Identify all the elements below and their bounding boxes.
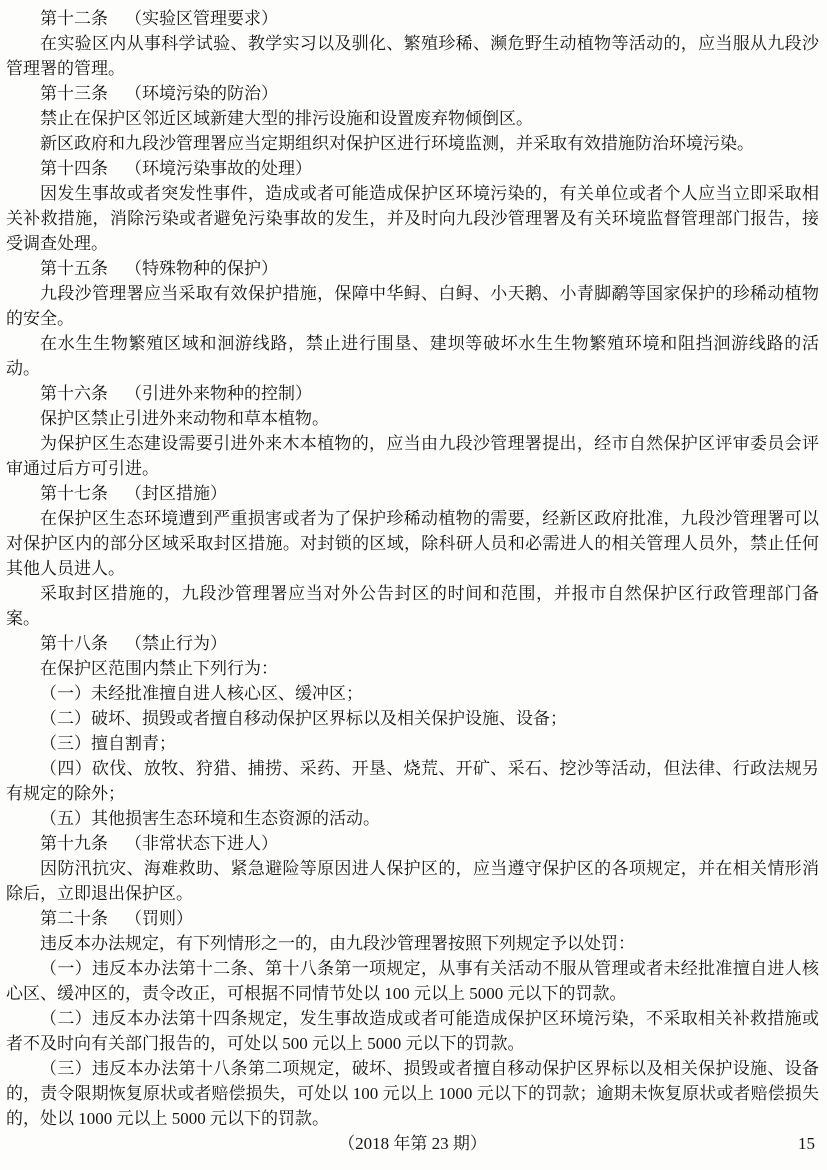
article-number: 第二十条 [40,909,108,928]
paragraph: 为保护区生态建设需要引进外来木本植物的，应当由九段沙管理署提出，经市自然保护区评… [6,431,819,481]
paragraph: （二）违反本办法第十四条规定，发生事故造成或者可能造成保护区环境污染，不采取相关… [6,1006,819,1056]
paragraph: （一）违反本办法第十二条、第十八条第一项规定，从事有关活动不服从管理或者未经批准… [6,956,819,1006]
article-number: 第十七条 [40,484,108,503]
paragraph: 九段沙管理署应当采取有效保护措施，保障中华鲟、白鲟、小天鹅、小青脚鹬等国家保护的… [6,281,819,331]
article-heading: 第二十条（罚则） [6,906,819,931]
article-title: （环境污染的防治） [125,84,278,103]
article-title: （非常状态下进人） [125,834,278,853]
article-number: 第十六条 [40,384,108,403]
paragraph: （四）砍伐、放牧、狩猎、捕捞、采药、开垦、烧荒、开矿、采石、挖沙等活动，但法律、… [6,756,819,806]
article-title: （封区措施） [125,484,227,503]
paragraph: 在实验区内从事科学试验、教学实习以及驯化、繁殖珍稀、濒危野生动植物等活动的，应当… [6,31,819,81]
article-title: （环境污染事故的处理） [125,159,312,178]
paragraph: 在水生生物繁殖区域和洄游线路，禁止进行围垦、建坝等破坏水生生物繁殖环境和阻挡洄游… [6,331,819,381]
article-title: （禁止行为） [125,634,227,653]
page-footer: （2018 年第 23 期） 15 [6,1131,819,1156]
article-title: （引进外来物种的控制） [125,384,312,403]
article-title: （实验区管理要求） [125,9,278,28]
paragraph: （二）破坏、损毁或者擅自移动保护区界标以及相关保护设施、设备； [6,706,819,731]
article-heading: 第十七条（封区措施） [6,481,819,506]
document-page: 第十二条（实验区管理要求）在实验区内从事科学试验、教学实习以及驯化、繁殖珍稀、濒… [0,0,827,1170]
document-body: 第十二条（实验区管理要求）在实验区内从事科学试验、教学实习以及驯化、繁殖珍稀、濒… [6,6,819,1131]
article-heading: 第十四条（环境污染事故的处理） [6,156,819,181]
article-heading: 第十六条（引进外来物种的控制） [6,381,819,406]
article-number: 第十四条 [40,159,108,178]
article-number: 第十九条 [40,834,108,853]
paragraph: （一）未经批准擅自进人核心区、缓冲区； [6,681,819,706]
article-heading: 第十五条（特殊物种的保护） [6,256,819,281]
paragraph: （三）违反本办法第十八条第二项规定，破坏、损毁或者擅自移动保护区界标以及相关保护… [6,1056,819,1131]
article-title: （罚则） [125,909,193,928]
article-number: 第十八条 [40,634,108,653]
paragraph: 禁止在保护区邻近区域新建大型的排污设施和设置废弃物倾倒区。 [6,106,819,131]
paragraph: 采取封区措施的，九段沙管理署应当对外公告封区的时间和范围，并报市自然保护区行政管… [6,581,819,631]
page-number: 15 [798,1131,815,1156]
paragraph: 在保护区生态环境遭到严重损害或者为了保护珍稀动植物的需要，经新区政府批准，九段沙… [6,506,819,581]
article-heading: 第十八条（禁止行为） [6,631,819,656]
paragraph: （五）其他损害生态环境和生态资源的活动。 [6,806,819,831]
article-heading: 第十三条（环境污染的防治） [6,81,819,106]
article-title: （特殊物种的保护） [125,259,278,278]
footer-issue-label: （2018 年第 23 期） [338,1134,487,1153]
article-number: 第十二条 [40,9,108,28]
paragraph: 新区政府和九段沙管理署应当定期组织对保护区进行环境监测，并采取有效措施防治环境污… [6,131,819,156]
article-heading: 第十二条（实验区管理要求） [6,6,819,31]
paragraph: 因防汛抗灾、海难救助、紧急避险等原因进人保护区的，应当遵守保护区的各项规定，并在… [6,856,819,906]
paragraph: 保护区禁止引进外来动物和草本植物。 [6,406,819,431]
article-heading: 第十九条（非常状态下进人） [6,831,819,856]
paragraph: （三）擅自割青； [6,731,819,756]
article-number: 第十三条 [40,84,108,103]
paragraph: 因发生事故或者突发性事件，造成或者可能造成保护区环境污染的，有关单位或者个人应当… [6,181,819,256]
paragraph: 违反本办法规定，有下列情形之一的，由九段沙管理署按照下列规定予以处罚： [6,931,819,956]
article-number: 第十五条 [40,259,108,278]
paragraph: 在保护区范围内禁止下列行为： [6,656,819,681]
